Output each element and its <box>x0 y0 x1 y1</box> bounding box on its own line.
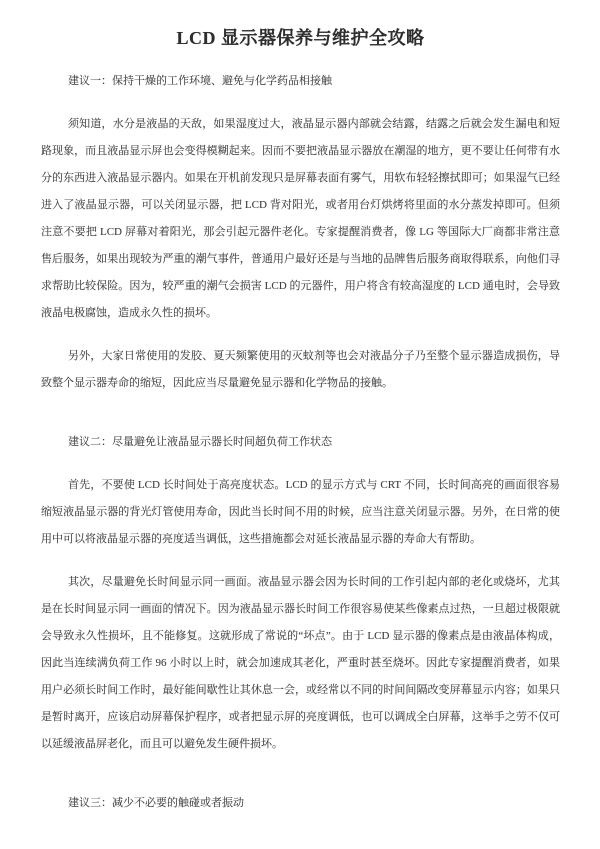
paragraph: 其次，尽量避免长时间显示同一画面。液晶显示器会因为长时间的工作引起内部的老化或烧… <box>41 569 560 758</box>
paragraph: 首先，不要使 LCD 长时间处于高亮度状态。LCD 的显示方式与 CRT 不同，… <box>41 472 560 553</box>
section-2-heading: 建议二：尽量避免让液晶显示器长时间超负荷工作状态 <box>41 429 560 456</box>
document-page: LCD 显示器保养与维护全攻略 建议一：保持干燥的工作环境、避免与化学药品相接触… <box>0 0 600 849</box>
section-advice-2: 建议二：尽量避免让液晶显示器长时间超负荷工作状态 首先，不要使 LCD 长时间处… <box>41 429 560 758</box>
paragraph: 须知道，水分是液晶的天敌，如果湿度过大，液晶显示器内部就会结露，结露之后就会发生… <box>41 111 560 327</box>
document-title: LCD 显示器保养与维护全攻略 <box>41 26 560 50</box>
section-3-heading: 建议三：减少不必要的触碰或者振动 <box>41 790 560 817</box>
section-1-heading: 建议一：保持干燥的工作环境、避免与化学药品相接触 <box>41 68 560 95</box>
paragraph: 另外，大家日常使用的发胶、夏天频繁使用的灭蚊剂等也会对液晶分子乃至整个显示器造成… <box>41 343 560 397</box>
section-advice-1: 建议一：保持干燥的工作环境、避免与化学药品相接触 须知道，水分是液晶的天敌，如果… <box>41 68 560 397</box>
section-advice-3: 建议三：减少不必要的触碰或者振动 <box>41 790 560 817</box>
